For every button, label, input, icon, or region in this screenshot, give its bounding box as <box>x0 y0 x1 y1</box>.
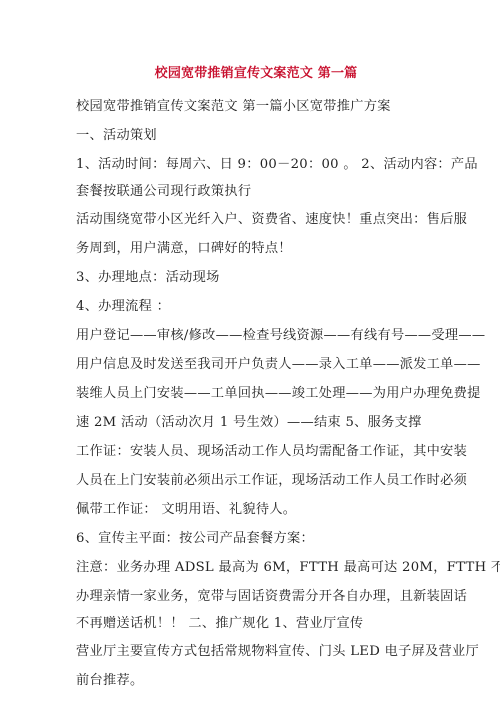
paragraph-line: 营业厅主要宣传方式包括常规物料宣传、门头 LED 电子屏及营业厅 <box>76 637 436 666</box>
paragraph-line: 装维人员上门安装——工单回执——竣工处理——为用户办理免费提 <box>76 379 436 408</box>
paragraph-line: 人员在上门安装前必须出示工作证，现场活动工作人员工作时必须 <box>76 466 436 495</box>
paragraph-line: 套餐按联通公司现行政策执行 <box>76 179 436 205</box>
document-title: 校园宽带推销宣传文案范文 第一篇 <box>76 62 436 86</box>
paragraph-line: 活动围绕宽带小区光纤入户、资费省、速度快！重点突出：售后服 <box>76 205 436 234</box>
paragraph-line: 速 2M 活动（活动次月 1 号生效）——结束 5、服务支撑 <box>76 408 436 437</box>
paragraph-line: 3、办理地点：活动现场 <box>76 263 436 292</box>
paragraph-line: 6、宣传主平面：按公司产品套餐方案： <box>76 524 436 553</box>
paragraph-line: 前台推荐。 <box>76 666 436 695</box>
subtitle-line: 校园宽带推销宣传文案范文 第一篇小区宽带推广方案 <box>76 92 436 121</box>
paragraph-line: 1、活动时间：每周六、日 9：00－20：00 。 2、活动内容：产品 <box>76 150 436 179</box>
section-heading-activity-plan: 一、活动策划 <box>76 121 436 150</box>
paragraph-line: 办理亲情一家业务，宽带与固话资费需分开各自办理，且新装固话 <box>76 582 436 611</box>
document-page: 校园宽带推销宣传文案范文 第一篇 校园宽带推销宣传文案范文 第一篇小区宽带推广方… <box>76 62 436 695</box>
paragraph-line: 不再赠送话机！！ 二、推广规化 1、营业厅宣传 <box>76 611 436 637</box>
paragraph-line: 注意：业务办理 ADSL 最高为 6M，FTTH 最高可达 20M，FTTH 不… <box>76 553 436 582</box>
paragraph-line: 用户登记——审核/修改——检查号线资源——有线有号——受理—— <box>76 321 436 350</box>
paragraph-line: 务周到，用户满意，口碑好的特点！ <box>76 234 436 263</box>
paragraph-line: 佩带工作证： 文明用语、礼貌待人。 <box>76 495 436 524</box>
paragraph-line: 工作证：安装人员、现场活动工作人员均需配备工作证，其中安装 <box>76 437 436 466</box>
paragraph-line: 用户信息及时发送至我司开户负责人——录入工单——派发工单—— <box>76 350 436 379</box>
paragraph-line: 4、办理流程 ： <box>76 292 436 321</box>
